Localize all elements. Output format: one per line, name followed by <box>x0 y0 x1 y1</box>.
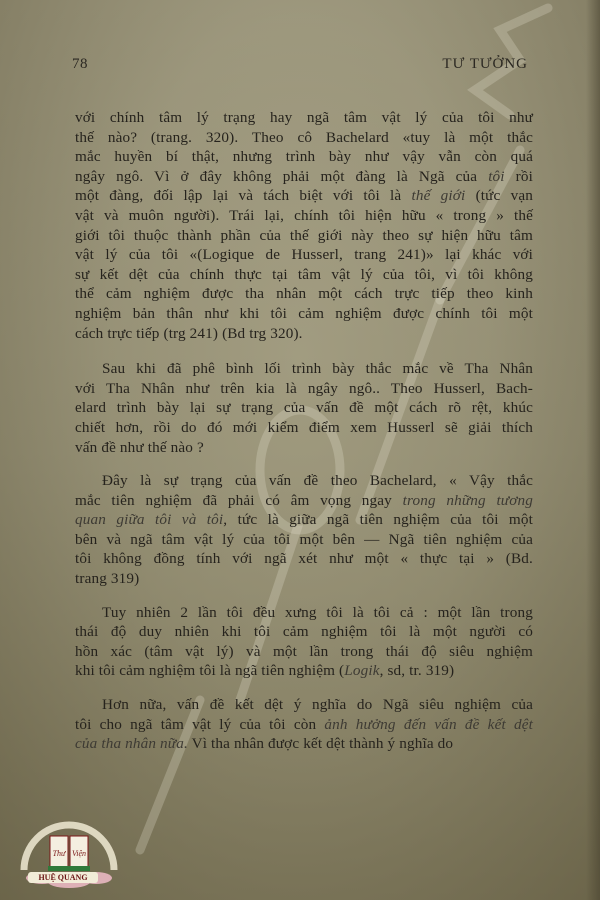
text-line: vật và muôn người). Trái lại, chính tôi … <box>75 206 533 226</box>
text-run: với Tha Nhân như trên kia là ngây ngô.. … <box>75 380 533 397</box>
logo-book-right: Viện <box>72 849 86 858</box>
logo-book-left: Thư <box>53 849 66 858</box>
text-run: tôi cho ngã tâm vật lý của tôi còn <box>75 716 324 733</box>
text-run: vấn đề như thế nào ? <box>75 439 204 456</box>
text-run: vật lý của tôi «(Logique de Husserl, tra… <box>75 246 533 263</box>
text-line: sự kết dệt của chính thực tại tâm vật lý… <box>75 265 533 285</box>
text-run: vật và muôn người). Trái lại, chính tôi … <box>75 207 533 224</box>
text-run: khi tôi cảm nghiệm tôi là ngã tiên nghiệ… <box>75 662 344 679</box>
text-line: hồn xác (tâm vật lý) và một lần trong th… <box>75 642 533 662</box>
text-line: vật lý của tôi «(Logique de Husserl, tra… <box>75 245 533 265</box>
text-line: tôi cho ngã tâm vật lý của tôi còn ảnh h… <box>75 715 533 735</box>
paragraph-p1: với chính tâm lý trạng hay ngã tâm vật l… <box>75 108 533 343</box>
scanned-page: 78 TƯ TƯỞNG với chính tâm lý trạng hay n… <box>0 0 600 900</box>
text-run: thể cảm nghiệm được tha nhân một cách tr… <box>75 285 533 302</box>
text-line: giới tôi thuộc thành phần của thế giới n… <box>75 226 533 246</box>
text-run: (tức vạn <box>465 187 533 204</box>
text-run: mắc huyền bí thật, nhưng trình bày như v… <box>75 148 533 165</box>
text-run: Tuy nhiên 2 lần tôi đều xưng tôi là tôi … <box>102 604 533 621</box>
paragraph-p5: Hơn nữa, vấn đề kết dệt ý nghĩa do Ngã s… <box>75 695 533 754</box>
text-run: , sd, tr. 319) <box>380 662 455 679</box>
text-run: chiết hơn, rồi do đó mới kiểm điểm xem H… <box>75 419 533 436</box>
italic-text: tôi <box>488 168 504 185</box>
italic-text: Logik <box>344 662 379 679</box>
hue-quang-logo: Thư Viện <box>14 818 124 896</box>
text-run: elard trình bày lại sự trạng của vấn đề … <box>75 399 533 416</box>
text-line: thái độ duy nhiên khi tôi cảm nghiệm tôi… <box>75 622 533 642</box>
text-run: mắc tiên nghiệm đã phải có âm vọng ngay <box>75 492 403 509</box>
text-run: , tức là giữa ngã tiên nghiệm của tôi mộ… <box>223 511 533 528</box>
text-run: cách trực tiếp (trg 241) (Bd trg 320). <box>75 325 303 342</box>
text-line: Hơn nữa, vấn đề kết dệt ý nghĩa do Ngã s… <box>75 695 533 715</box>
text-line: của tha nhân nữa. Vì tha nhân được kết d… <box>75 734 533 754</box>
text-line: với Tha Nhân như trên kia là ngây ngô.. … <box>75 379 533 399</box>
text-run: Sau khi đã phê bình lối trình bày thắc m… <box>102 360 533 377</box>
text-run: bên và ngã tâm vật lý của tôi một bên — … <box>75 531 533 548</box>
italic-text: thế giới <box>412 187 466 204</box>
text-run: thái độ duy nhiên khi tôi cảm nghiệm tôi… <box>75 623 533 640</box>
text-line: quan giữa tôi và tôi, tức là giữa ngã ti… <box>75 510 533 530</box>
text-run: trang 319) <box>75 570 139 587</box>
text-line: chiết hơn, rồi do đó mới kiểm điểm xem H… <box>75 418 533 438</box>
text-line: một đàng, đối lập lại và tách biệt với t… <box>75 186 533 206</box>
text-run: với chính tâm lý trạng hay ngã tâm vật l… <box>75 109 533 126</box>
text-line: tôi không đồng tính với ngã xét như một … <box>75 549 533 569</box>
text-run: Đây là sự trạng của vấn đề theo Bachelar… <box>102 472 533 489</box>
text-run: Vì tha nhân được kết dệt thành ý nghĩa d… <box>188 735 453 752</box>
text-line: thế nào? (trang. 320). Theo cô Bachelard… <box>75 128 533 148</box>
paragraph-p2: Sau khi đã phê bình lối trình bày thắc m… <box>75 359 533 457</box>
italic-text: trong những tương <box>403 492 533 509</box>
page-header: 78 TƯ TƯỞNG <box>72 56 528 76</box>
text-line: Đây là sự trạng của vấn đề theo Bachelar… <box>75 471 533 491</box>
page-number: 78 <box>72 56 88 73</box>
italic-text: ảnh hưởng đến vấn đề kết dệt <box>324 716 533 733</box>
body-text: với chính tâm lý trạng hay ngã tâm vật l… <box>75 108 533 768</box>
italic-text: của tha nhân nữa. <box>75 735 188 752</box>
text-run: một đàng, đối lập lại và tách biệt với t… <box>75 187 412 204</box>
text-line: với chính tâm lý trạng hay ngã tâm vật l… <box>75 108 533 128</box>
text-run: nghiệm bản thân như khi tôi cảm nghiệm đ… <box>75 305 533 322</box>
paragraph-p4: Tuy nhiên 2 lần tôi đều xưng tôi là tôi … <box>75 603 533 681</box>
text-line: thể cảm nghiệm được tha nhân một cách tr… <box>75 284 533 304</box>
italic-text: quan giữa tôi và tôi <box>75 511 223 528</box>
text-run: Hơn nữa, vấn đề kết dệt ý nghĩa do Ngã s… <box>102 696 533 713</box>
text-line: ngây ngô. Vì ở đây không phải một đàng l… <box>75 167 533 187</box>
text-line: cách trực tiếp (trg 241) (Bd trg 320). <box>75 324 533 344</box>
text-line: trang 319) <box>75 569 533 589</box>
text-run: ngây ngô. Vì ở đây không phải một đàng l… <box>75 168 488 185</box>
page-edge-shadow <box>586 0 600 900</box>
text-run: sự kết dệt của chính thực tại tâm vật lý… <box>75 266 533 283</box>
text-run: rồi <box>505 168 533 185</box>
paragraph-p3: Đây là sự trạng của vấn đề theo Bachelar… <box>75 471 533 589</box>
logo-name: HUỆ QUANG <box>28 872 98 883</box>
text-line: mắc tiên nghiệm đã phải có âm vọng ngay … <box>75 491 533 511</box>
text-line: Sau khi đã phê bình lối trình bày thắc m… <box>75 359 533 379</box>
text-line: Tuy nhiên 2 lần tôi đều xưng tôi là tôi … <box>75 603 533 623</box>
text-line: bên và ngã tâm vật lý của tôi một bên — … <box>75 530 533 550</box>
text-line: khi tôi cảm nghiệm tôi là ngã tiên nghiệ… <box>75 661 533 681</box>
text-run: giới tôi thuộc thành phần của thế giới n… <box>75 227 533 244</box>
running-title: TƯ TƯỞNG <box>442 56 528 73</box>
text-line: vấn đề như thế nào ? <box>75 438 533 458</box>
text-line: nghiệm bản thân như khi tôi cảm nghiệm đ… <box>75 304 533 324</box>
text-run: hồn xác (tâm vật lý) và một lần trong th… <box>75 643 533 660</box>
text-line: elard trình bày lại sự trạng của vấn đề … <box>75 398 533 418</box>
text-run: thế nào? (trang. 320). Theo cô Bachelard… <box>75 129 533 146</box>
text-line: mắc huyền bí thật, nhưng trình bày như v… <box>75 147 533 167</box>
text-run: tôi không đồng tính với ngã xét như một … <box>75 550 533 567</box>
